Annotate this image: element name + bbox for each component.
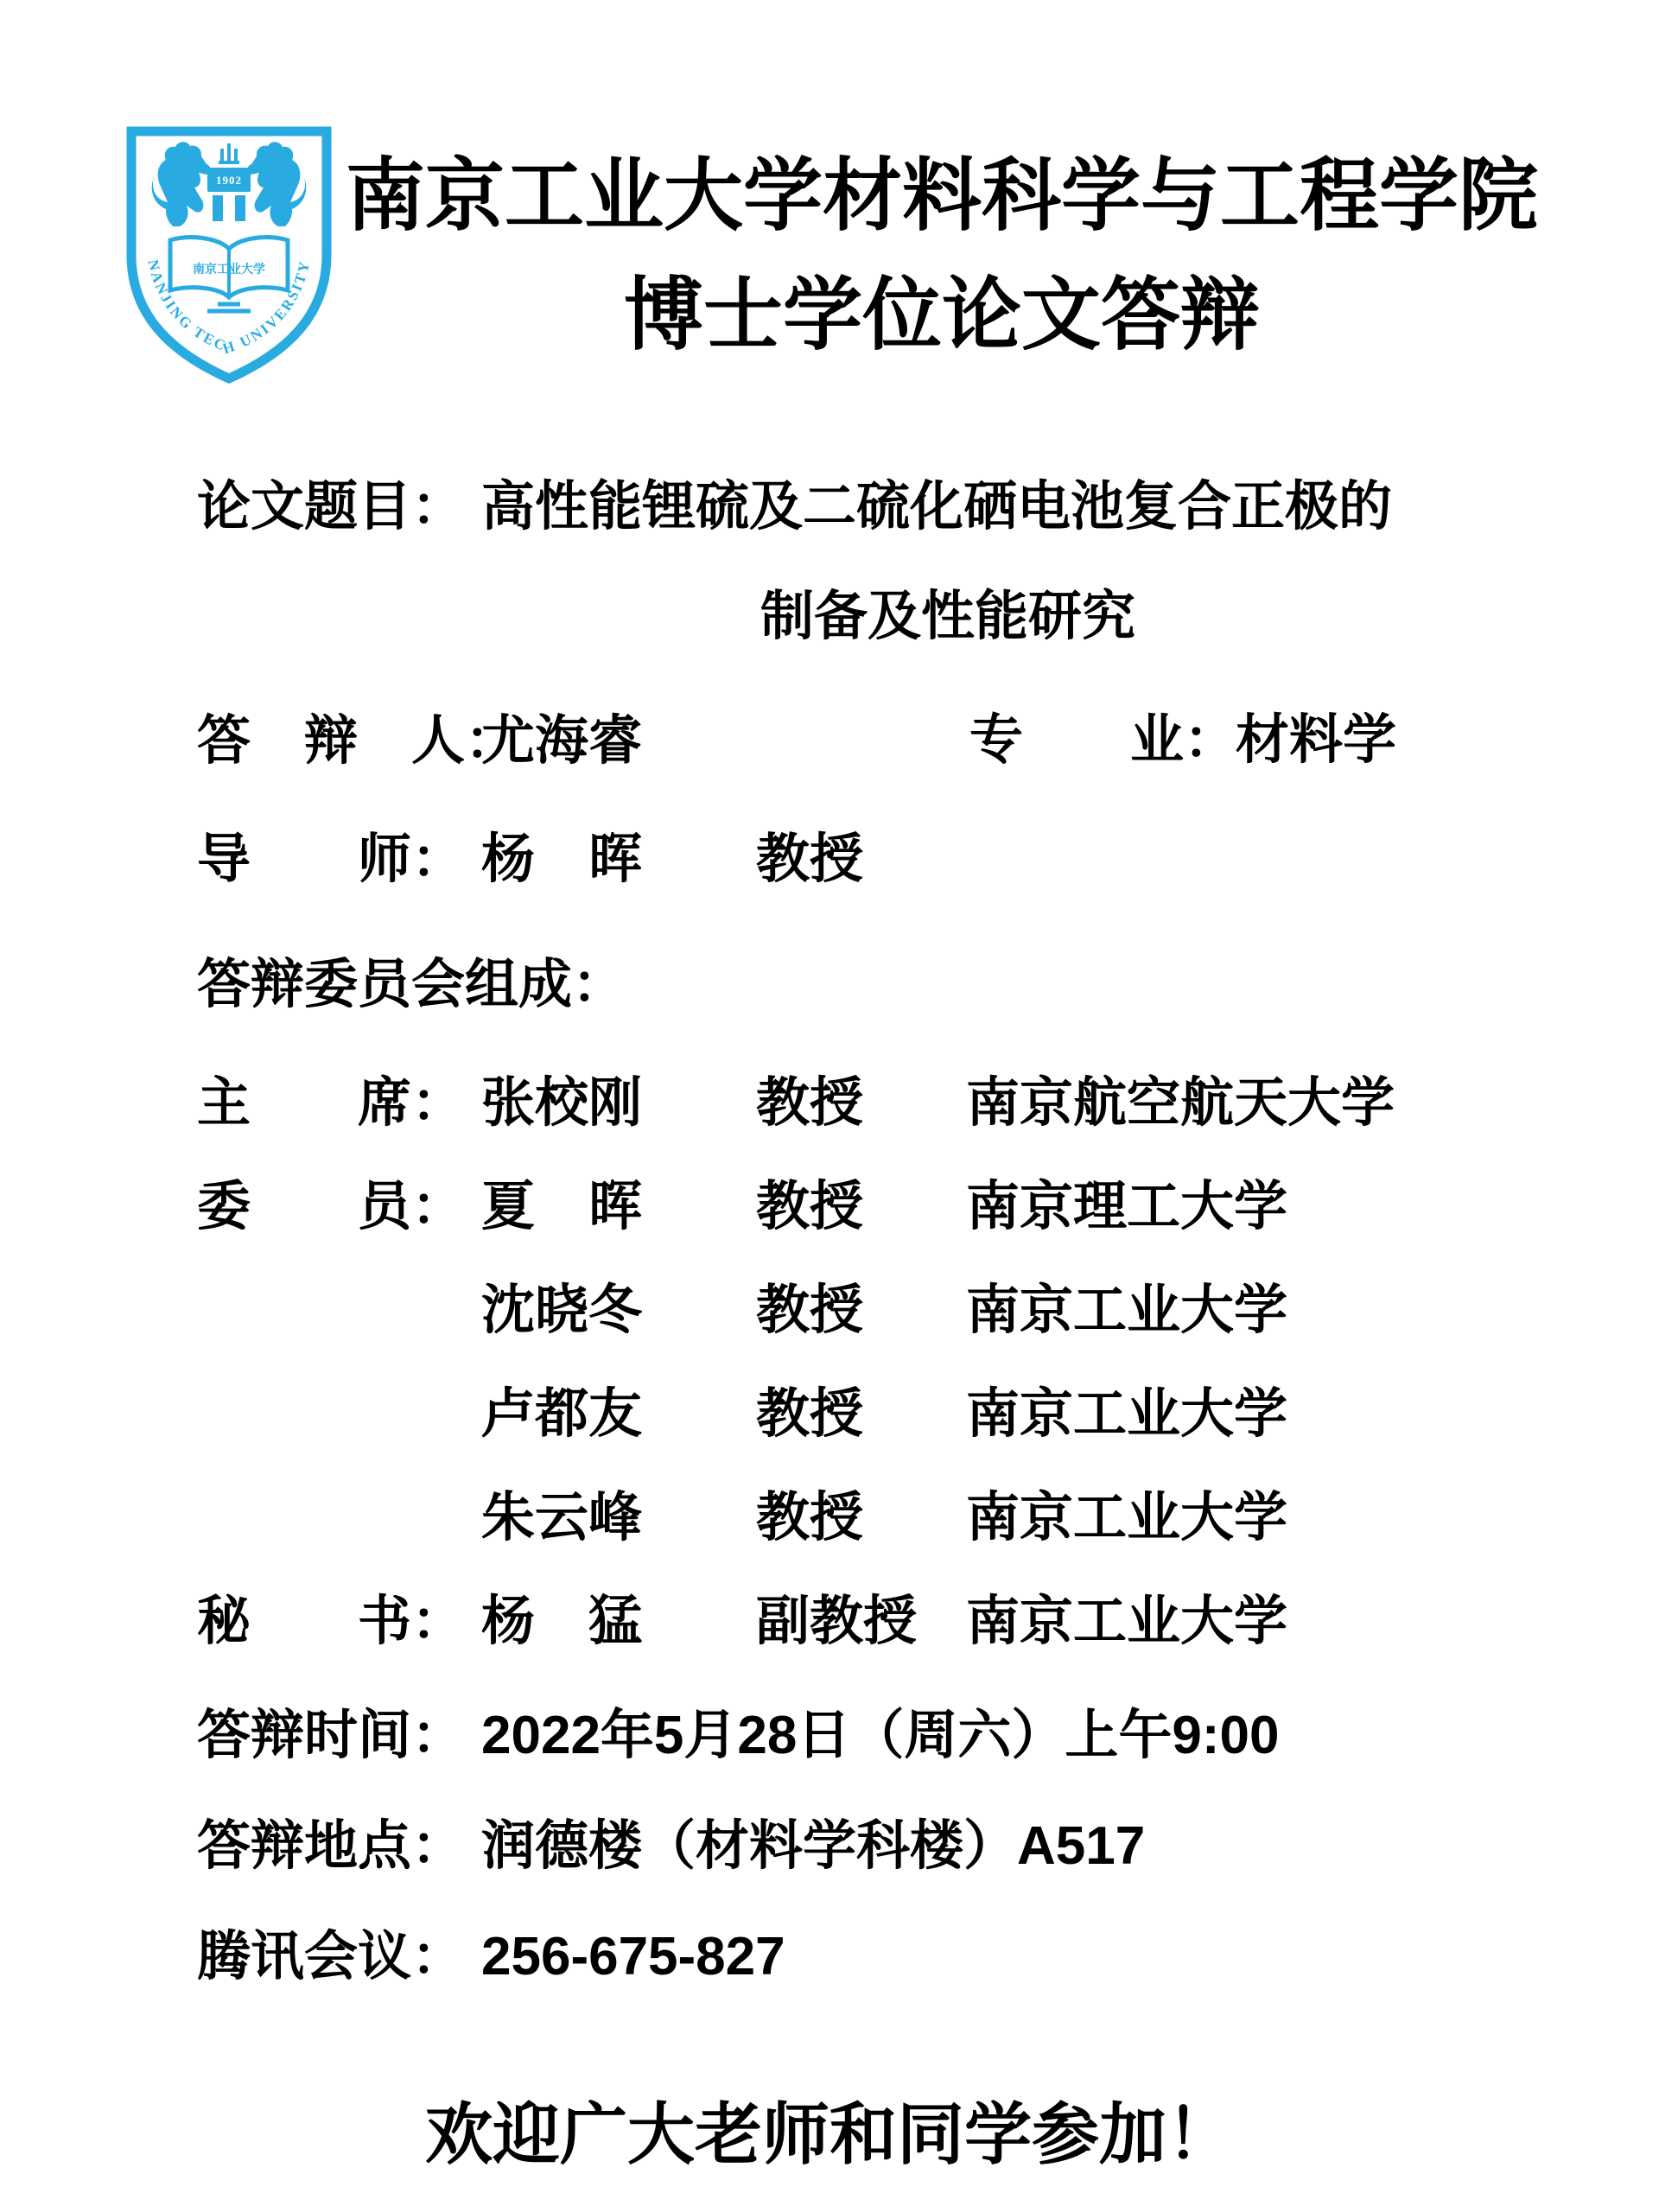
major-group: 专 业： 材料学 (969, 712, 1396, 768)
member-title: 副教授 (756, 1593, 966, 1649)
university-logo: 1902 南京工业大学 NANJING (121, 121, 337, 389)
nanjing-tech-emblem-icon: 1902 南京工业大学 NANJING (121, 121, 337, 389)
book-stand (207, 304, 251, 311)
committee-row-secretary: 秘 书： 杨 猛 副教授 南京工业大学 (197, 1569, 1547, 1673)
book-university-name: 南京工业大学 (193, 262, 265, 276)
member-affiliation: 南京理工大学 (966, 1179, 1547, 1235)
poster-body: 论文题目： 高性能锂硫及二硫化硒电池复合正极的 制备及性能研究 答 辩 人： 尤… (197, 479, 1547, 2012)
committee-row-chair: 主 席： 张校刚 教授 南京航空航天大学 (197, 1051, 1547, 1154)
poster-header: 1902 南京工业大学 NANJING (121, 121, 1547, 389)
thesis-title-line1: 高性能锂硫及二硫化硒电池复合正极的 (481, 479, 1392, 535)
thesis-title-row2: 制备及性能研究 (760, 588, 1547, 645)
thesis-title-row: 论文题目： 高性能锂硫及二硫化硒电池复合正极的 (197, 479, 1547, 535)
advisor-row: 导 师： 杨 晖 教授 (197, 831, 1547, 887)
member-title: 教授 (756, 1386, 966, 1442)
role-label: 委 员： (197, 1179, 481, 1235)
member-affiliation: 南京工业大学 (966, 1490, 1547, 1546)
defense-place-value: 润德楼（材料学科楼）A517 (481, 1818, 1145, 1874)
defense-title: 博士学位论文答辩 (337, 275, 1547, 354)
tower-column (235, 195, 245, 221)
detail-label: 腾讯会议： (197, 1929, 481, 1985)
member-title: 教授 (756, 1282, 966, 1338)
header-titles: 南京工业大学材料科学与工程学院 博士学位论文答辩 (337, 121, 1547, 389)
founding-year: 1902 (216, 174, 242, 187)
member-affiliation: 南京工业大学 (966, 1593, 1547, 1649)
lion-right-icon (248, 142, 307, 226)
committee-heading: 答辩委员会组成： (197, 957, 1547, 1013)
member-title: 教授 (756, 1490, 966, 1546)
school-title: 南京工业大学材料科学与工程学院 (337, 156, 1547, 235)
member-name: 朱云峰 (481, 1490, 756, 1546)
major-value: 材料学 (1236, 712, 1396, 768)
candidate-row: 答 辩 人： 尤海睿 专 业： 材料学 (197, 712, 1547, 769)
committee-row-member: 沈晓冬 教授 南京工业大学 (197, 1258, 1547, 1362)
role-label: 秘 书： (197, 1593, 481, 1649)
role-label: 主 席： (197, 1075, 481, 1131)
major-label: 专 业： (969, 712, 1236, 768)
advisor-name: 杨 晖 (481, 831, 756, 887)
member-affiliation: 南京工业大学 (966, 1386, 1547, 1442)
defense-time-row: 答辩时间： 2022年5月28日（周六）上午9:00 (197, 1680, 1547, 1790)
defense-details: 答辩时间： 2022年5月28日（周六）上午9:00 答辩地点： 润德楼（材料学… (197, 1680, 1547, 2012)
candidate-label: 答 辩 人： (197, 713, 481, 769)
member-title: 教授 (756, 1075, 966, 1131)
meeting-id-row: 腾讯会议： 256-675-827 (197, 1901, 1547, 2012)
member-name: 卢都友 (481, 1386, 756, 1442)
thesis-label: 论文题目： (197, 479, 481, 535)
member-affiliation: 南京航空航天大学 (966, 1075, 1547, 1131)
defense-place-row: 答辩地点： 润德楼（材料学科楼）A517 (197, 1790, 1547, 1901)
committee-table: 主 席： 张校刚 教授 南京航空航天大学 委 员： 夏 晖 教授 南京理工大学 … (197, 1051, 1547, 1673)
tower-column (213, 195, 223, 221)
committee-row-member: 朱云峰 教授 南京工业大学 (197, 1465, 1547, 1569)
advisor-title: 教授 (756, 831, 863, 887)
member-title: 教授 (756, 1179, 966, 1235)
member-affiliation: 南京工业大学 (966, 1282, 1547, 1338)
welcome-message: 欢迎广大老师和同学参加！ (0, 2081, 1659, 2177)
detail-label: 答辩地点： (197, 1818, 481, 1874)
committee-row-member: 卢都友 教授 南京工业大学 (197, 1362, 1547, 1465)
thesis-title-line2: 制备及性能研究 (760, 588, 1135, 645)
meeting-id-value: 256-675-827 (481, 1929, 785, 1985)
tower-crest-icon (219, 143, 239, 162)
detail-label: 答辩时间： (197, 1707, 481, 1764)
member-name: 杨 猛 (481, 1593, 756, 1649)
candidate-name: 尤海睿 (481, 713, 642, 769)
member-name: 夏 晖 (481, 1179, 756, 1235)
committee-row-member: 委 员： 夏 晖 教授 南京理工大学 (197, 1154, 1547, 1258)
member-name: 沈晓冬 (481, 1282, 756, 1338)
advisor-label: 导 师： (197, 831, 481, 887)
lion-left-icon (152, 142, 211, 226)
member-name: 张校刚 (481, 1075, 756, 1131)
defense-time-value: 2022年5月28日（周六）上午9:00 (481, 1707, 1279, 1764)
